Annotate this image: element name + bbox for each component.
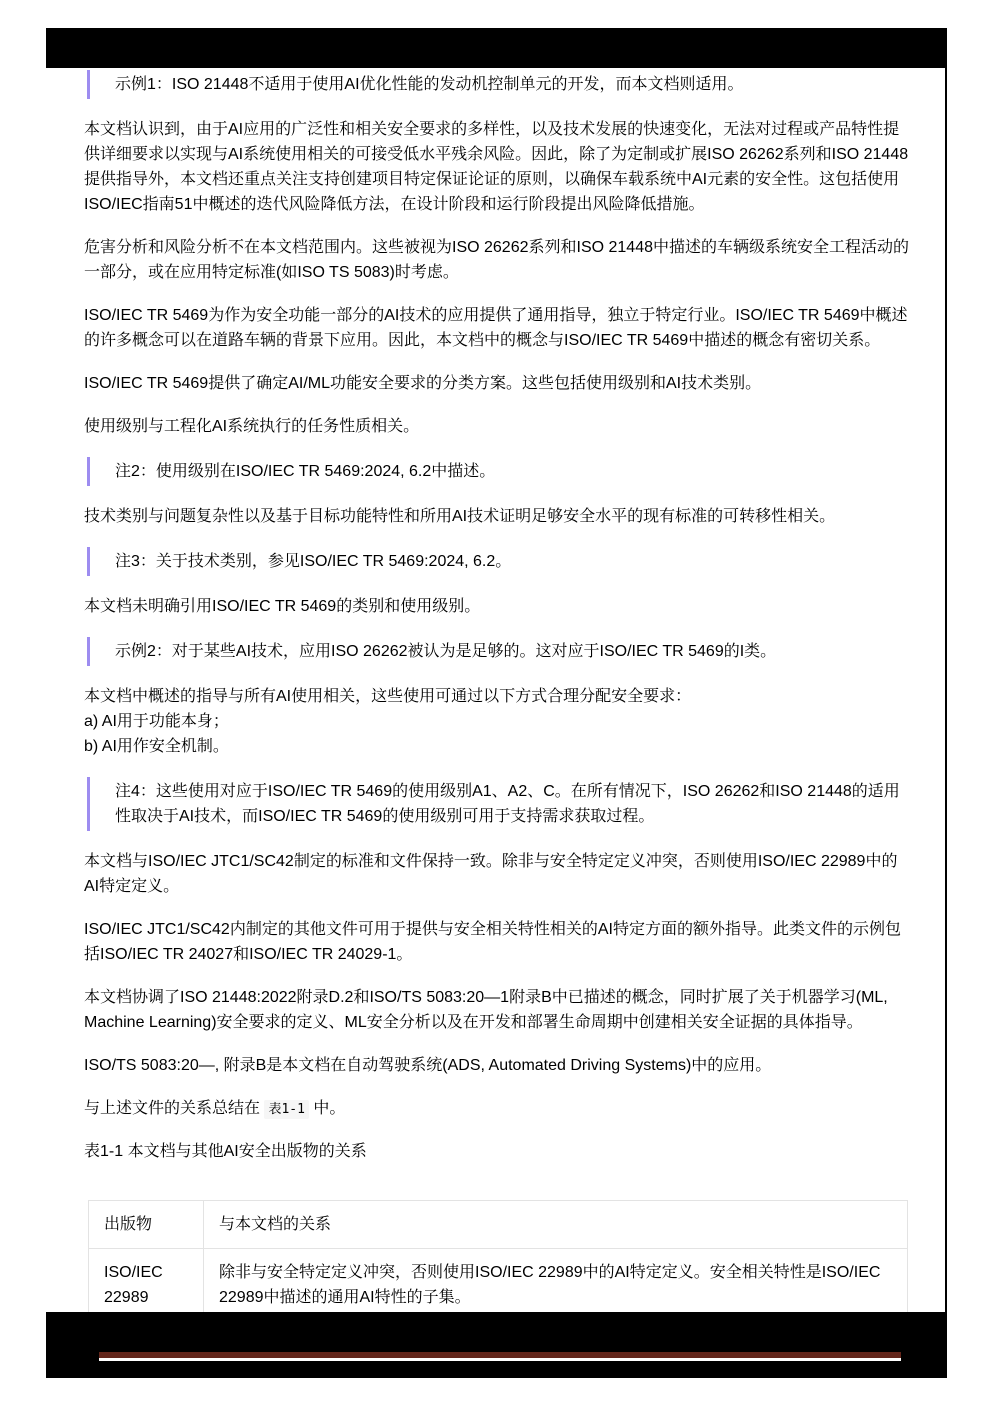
table-reference-code[interactable]: 表1-1: [264, 1100, 308, 1119]
table-reference-paragraph: 与上述文件的关系总结在 表1-1 中。: [84, 1096, 910, 1121]
example-block-2: 示例2：对于某些AI技术，应用ISO 26262被认为是足够的。这对应于ISO/…: [87, 637, 910, 666]
cell-relation: 除非与安全特定定义冲突，否则使用ISO/IEC 22989中的AI特定定义。安全…: [204, 1249, 908, 1322]
example-block-1: 示例1：ISO 21448不适用于使用AI优化性能的发动机控制单元的开发，而本文…: [87, 70, 910, 99]
col-header-relation: 与本文档的关系: [204, 1201, 908, 1249]
table-reference-prefix: 与上述文件的关系总结在: [84, 1100, 264, 1117]
bottom-black-banner: [46, 1312, 947, 1378]
paragraph: 技术类别与问题复杂性以及基于目标功能特性和所用AI技术证明足够安全水平的现有标准…: [84, 504, 910, 529]
cell-publication: ISO/IEC 22989: [89, 1249, 204, 1322]
table-header-row: 出版物 与本文档的关系: [89, 1201, 908, 1249]
note-block-2: 注2：使用级别在ISO/IEC TR 5469:2024, 6.2中描述。: [87, 457, 910, 486]
list-item-b: b) AI用作安全机制。: [84, 734, 910, 759]
col-header-publication: 出版物: [89, 1201, 204, 1249]
note-block-3: 注3：关于技术类别，参见ISO/IEC TR 5469:2024, 6.2。: [87, 547, 910, 576]
paragraph: ISO/IEC TR 5469提供了确定AI/ML功能安全要求的分类方案。这些包…: [84, 371, 910, 396]
list-item-a: a) AI用于功能本身；: [84, 709, 910, 734]
note-block-4: 注4：这些使用对应于ISO/IEC TR 5469的使用级别A1、A2、C。在所…: [87, 777, 910, 831]
paragraph: ISO/IEC TR 5469为作为安全功能一部分的AI技术的应用提供了通用指导…: [84, 303, 910, 353]
table-reference-suffix: 中。: [309, 1100, 345, 1117]
paragraph: 危害分析和风险分析不在本文档范围内。这些被视为ISO 26262系列和ISO 2…: [84, 235, 910, 285]
paragraph: 本文档中概述的指导与所有AI使用相关，这些使用可通过以下方式合理分配安全要求：: [84, 684, 910, 709]
top-black-banner: [46, 28, 947, 68]
paragraph: 本文档认识到，由于AI应用的广泛性和相关安全要求的多样性，以及技术发展的快速变化…: [84, 117, 910, 217]
paragraph: 本文档未明确引用ISO/IEC TR 5469的类别和使用级别。: [84, 594, 910, 619]
paragraph: ISO/TS 5083:20—, 附录B是本文档在自动驾驶系统(ADS, Aut…: [84, 1053, 910, 1078]
footer-white-rule: [99, 1358, 901, 1361]
paragraph: 本文档与ISO/IEC JTC1/SC42制定的标准和文件保持一致。除非与安全特…: [84, 849, 910, 899]
page-right-border-line: [945, 68, 947, 1312]
paragraph: 本文档协调了ISO 21448:2022附录D.2和ISO/TS 5083:20…: [84, 985, 910, 1035]
table-caption: 表1-1 本文档与其他AI安全出版物的关系: [84, 1139, 910, 1164]
document-body: 示例1：ISO 21448不适用于使用AI优化性能的发动机控制单元的开发，而本文…: [84, 70, 910, 1322]
paragraph: 使用级别与工程化AI系统执行的任务性质相关。: [84, 414, 910, 439]
paragraph: ISO/IEC JTC1/SC42内制定的其他文件可用于提供与安全相关特性相关的…: [84, 917, 910, 967]
table-row: ISO/IEC 22989 除非与安全特定定义冲突，否则使用ISO/IEC 22…: [89, 1249, 908, 1322]
relations-table: 出版物 与本文档的关系 ISO/IEC 22989 除非与安全特定定义冲突，否则…: [88, 1200, 908, 1322]
